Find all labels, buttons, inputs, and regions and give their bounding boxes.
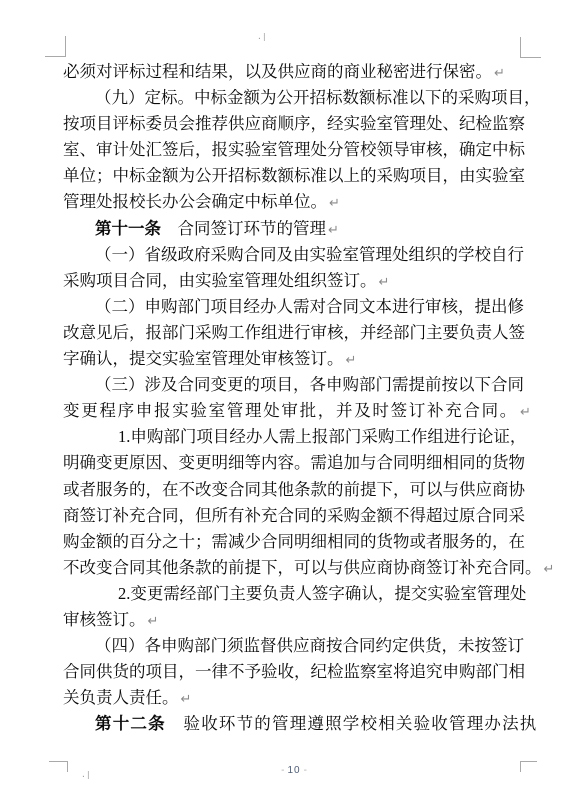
line-text: 或者服务的，在不改变合同其他条款的前提下，可以与供应商协 <box>63 480 525 499</box>
crop-mark-top-left <box>45 36 66 57</box>
line-text: 关负责人责任。 <box>63 688 179 707</box>
article-heading-number: 第十一条 <box>95 219 161 238</box>
text-line: 单位；中标金额为公开招标数额标准以上的采购项目，由实验室 <box>63 163 529 189</box>
text-line: 改意见后，报部门采购工作组进行审核，并经部门主要负责人签 <box>63 320 529 346</box>
line-text: 室、审计处汇签后，报实验室管理处分管校领导审核，确定中标 <box>63 140 525 159</box>
header-paragraph-mark: .| <box>257 33 267 41</box>
text-line: 必须对评标过程和结果，以及供应商的商业秘密进行保密。↵ <box>63 59 529 85</box>
line-text: 按项目评标委员会推荐供应商顺序，经实验室管理处、纪检监察 <box>63 114 525 133</box>
page-number-dash-left: - <box>281 765 284 776</box>
line-text: 审核签订。 <box>63 610 146 629</box>
line-text: 必须对评标过程和结果，以及供应商的商业秘密进行保密。 <box>63 62 492 81</box>
page-number: -10- <box>0 765 588 777</box>
paragraph-mark-icon: ↵ <box>346 353 357 368</box>
line-text: （一）省级政府采购合同及由实验室管理处组织的学校自行 <box>95 245 524 264</box>
text-line: （三）涉及合同变更的项目，各申购部门需提前按以下合同 <box>63 372 529 398</box>
article-heading-number: 第十二条 <box>95 714 166 733</box>
line-text: 合同签订环节的管理 <box>161 219 326 238</box>
line-text: 不改变合同其他条款的前提下，可以与供应商协商签订补充合同。 <box>63 558 542 577</box>
text-line: （一）省级政府采购合同及由实验室管理处组织的学校自行 <box>63 242 529 268</box>
crop-mark-top-right <box>520 37 541 58</box>
line-text: 明确变更原因、变更明细等内容。需追加与合同明细相同的货物 <box>63 453 525 472</box>
text-line: 合同供货的项目，一律不予验收，纪检监察室将追究申购部门相 <box>63 659 529 685</box>
line-text: 购金额的百分之十；需减少合同明细相同的货物或者服务的，在 <box>63 532 525 551</box>
text-line: 关负责人责任。↵ <box>63 685 529 711</box>
text-line: 商签订补充合同，但所有补充合同的采购金额不得超过原合同采 <box>63 503 529 529</box>
line-text: 1.申购部门项目经办人需上报部门采购工作组进行论证， <box>118 427 526 446</box>
document-page: .| 必须对评标过程和结果，以及供应商的商业秘密进行保密。↵（九）定标。中标金额… <box>0 0 588 788</box>
text-line: 管理处报校长办公会确定中标单位。↵ <box>63 189 529 215</box>
text-body: 必须对评标过程和结果，以及供应商的商业秘密进行保密。↵（九）定标。中标金额为公开… <box>63 59 529 737</box>
text-line: 明确变更原因、变更明细等内容。需追加与合同明细相同的货物 <box>63 450 529 476</box>
text-line: 采购项目合同，由实验室管理处组织签订。↵ <box>63 268 529 294</box>
text-line: 审核签订。↵ <box>63 607 529 633</box>
line-text: （四）各申购部门须监督供应商按合同约定供货，未按签订 <box>95 636 524 655</box>
line-text: 管理处报校长办公会确定中标单位。 <box>63 192 327 211</box>
paragraph-mark-icon: ↵ <box>148 614 159 629</box>
text-line: 室、审计处汇签后，报实验室管理处分管校领导审核，确定中标 <box>63 137 529 163</box>
page-number-value: 10 <box>287 765 300 776</box>
text-line: 变更程序申报实验室管理处审批，并及时签订补充合同。↵ <box>63 398 529 424</box>
text-line: 2.变更需经部门主要负责人签字确认，提交实验室管理处 <box>63 581 529 607</box>
text-line: 不改变合同其他条款的前提下，可以与供应商协商签订补充合同。↵ <box>63 555 529 581</box>
line-text: 变更程序申报实验室管理处审批，并及时签订补充合同。 <box>63 401 518 420</box>
paragraph-mark-icon: ↵ <box>328 223 339 238</box>
line-text: （三）涉及合同变更的项目，各申购部门需提前按以下合同 <box>95 375 524 394</box>
line-text: 采购项目合同，由实验室管理处组织签订。 <box>63 271 377 290</box>
paragraph-mark-icon: ↵ <box>494 66 505 81</box>
page-number-dash-right: - <box>304 765 307 776</box>
line-text: 合同供货的项目，一律不予验收，纪检监察室将追究申购部门相 <box>63 662 525 681</box>
line-text: 验收环节的管理遵照学校相关验收管理办法执 <box>166 714 538 733</box>
paragraph-mark-icon: ↵ <box>329 196 340 211</box>
paragraph-mark-icon: ↵ <box>379 275 390 290</box>
text-line: 1.申购部门项目经办人需上报部门采购工作组进行论证， <box>63 424 529 450</box>
text-line: 按项目评标委员会推荐供应商顺序，经实验室管理处、纪检监察 <box>63 111 529 137</box>
paragraph-mark-icon: ↵ <box>520 405 533 420</box>
text-line: 购金额的百分之十；需减少合同明细相同的货物或者服务的，在 <box>63 529 529 555</box>
line-text: 2.变更需经部门主要负责人签字确认，提交实验室管理处 <box>118 584 526 603</box>
paragraph-mark-icon: ↵ <box>181 692 192 707</box>
text-line: （四）各申购部门须监督供应商按合同约定供货，未按签订 <box>63 633 529 659</box>
line-text: （九）定标。中标金额为公开招标数额标准以下的采购项目， <box>95 88 541 107</box>
line-text: 字确认，提交实验室管理处审核签订。 <box>63 349 344 368</box>
line-text: 单位；中标金额为公开招标数额标准以上的采购项目，由实验室 <box>63 166 525 185</box>
text-line: 第十一条 合同签订环节的管理↵ <box>63 216 529 242</box>
text-line: 第十二条 验收环节的管理遵照学校相关验收管理办法执 <box>63 711 529 737</box>
text-line: （九）定标。中标金额为公开招标数额标准以下的采购项目， <box>63 85 529 111</box>
line-text: （二）申购部门项目经办人需对合同文本进行审核，提出修 <box>95 297 524 316</box>
text-line: 或者服务的，在不改变合同其他条款的前提下，可以与供应商协 <box>63 477 529 503</box>
line-text: 改意见后，报部门采购工作组进行审核，并经部门主要负责人签 <box>63 323 525 342</box>
text-line: 字确认，提交实验室管理处审核签订。↵ <box>63 346 529 372</box>
text-line: （二）申购部门项目经办人需对合同文本进行审核，提出修 <box>63 294 529 320</box>
line-text: 商签订补充合同，但所有补充合同的采购金额不得超过原合同采 <box>63 506 525 525</box>
paragraph-mark-icon: ↵ <box>544 562 555 577</box>
